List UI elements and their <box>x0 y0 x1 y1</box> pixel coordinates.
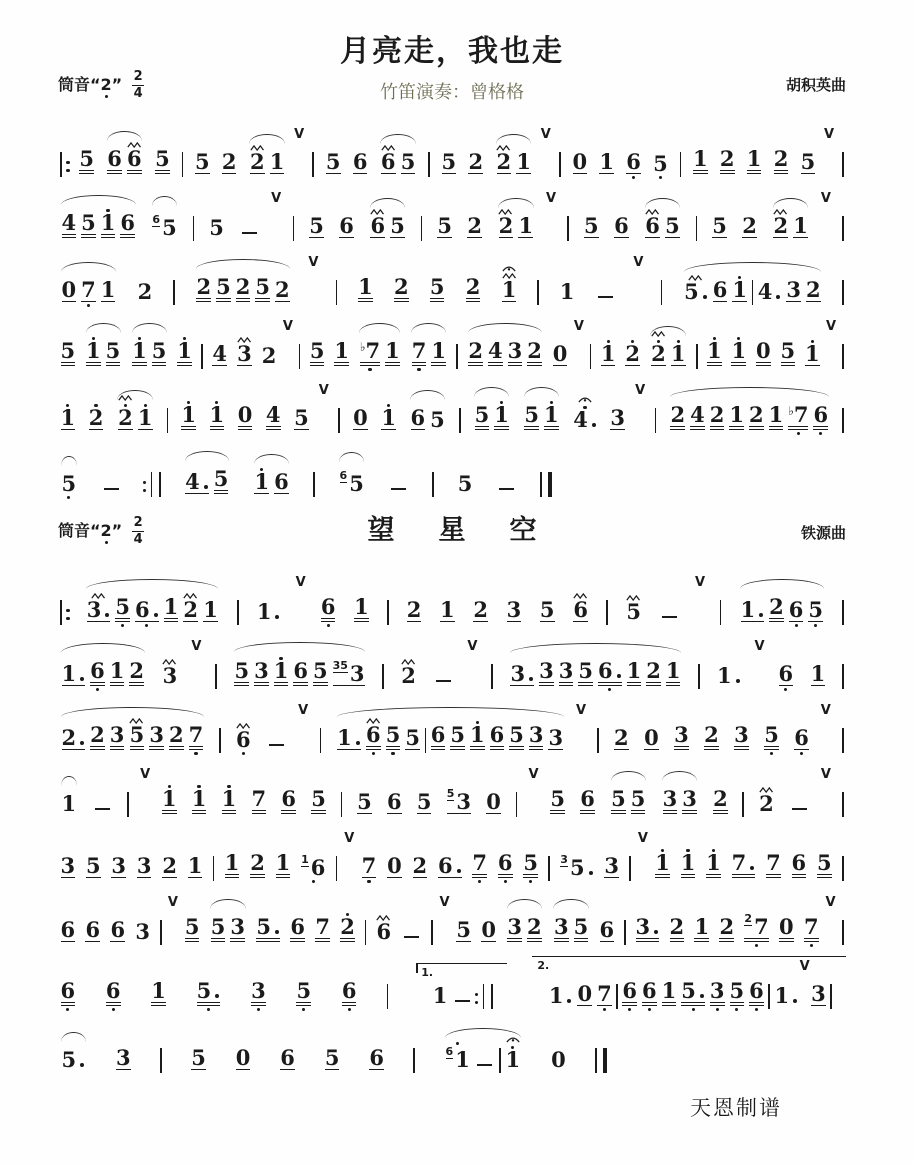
note: 4 <box>212 325 227 374</box>
note-digit: 3 <box>508 341 523 361</box>
slur: 21 <box>493 133 535 182</box>
music-line: 35332112116V7026765353V1117765 <box>58 822 846 886</box>
note-digit: 0 <box>553 344 568 364</box>
note-body: 2 <box>769 597 784 622</box>
note-low-dots <box>368 366 371 374</box>
note: 5 <box>79 130 94 182</box>
music-line: 1V111765565530V56553322V <box>58 758 846 822</box>
note-body: 5 <box>62 474 77 494</box>
barline <box>454 344 460 374</box>
barline-stroke <box>193 216 195 241</box>
note-low-dots <box>391 750 394 758</box>
duration-dash <box>436 680 451 682</box>
note-body: 2 <box>497 152 512 174</box>
barline-stroke <box>151 472 153 497</box>
note: 5 <box>430 258 445 310</box>
note: 0 <box>573 133 588 182</box>
note-digit: 1 <box>805 344 820 364</box>
low-octave-dot <box>302 1008 305 1011</box>
note-digit: 2 <box>742 216 757 236</box>
note: 2 <box>222 133 237 182</box>
note: 5 <box>808 581 823 630</box>
note-body: 1 <box>655 853 670 878</box>
slur: 25252 <box>193 258 293 310</box>
note-digit: 5 <box>450 725 465 745</box>
barline-stroke <box>387 600 389 625</box>
barline <box>426 152 432 182</box>
note: 2 <box>496 133 511 182</box>
note: 3 <box>510 645 534 694</box>
barline <box>213 664 219 694</box>
sheet-music-page: 月亮走，我也走 筒音“2” 2 4 竹笛演奏：曾格格 胡积英曲 56655221… <box>0 0 914 1164</box>
low-octave-dot <box>784 688 787 691</box>
note-digit: 2 <box>769 597 784 617</box>
note: 1 <box>337 709 361 758</box>
note-digit: 2 <box>625 344 640 364</box>
note: 2 <box>670 898 685 950</box>
note-low-dots <box>302 1006 305 1014</box>
note-body: 6 <box>106 981 121 1006</box>
note-digit: 5 <box>458 474 473 494</box>
note: 0 <box>553 325 568 374</box>
note: 5 <box>214 450 229 502</box>
note-body: 2 <box>169 725 184 750</box>
note-body: 1 <box>707 341 722 366</box>
note: 6 <box>366 706 381 758</box>
note-body: 6 <box>431 725 446 750</box>
barline <box>604 600 610 630</box>
note-digit: 3 <box>548 728 563 748</box>
note-body: 1 <box>805 344 820 366</box>
note: 5 <box>357 773 372 822</box>
note-digit: 1 <box>276 853 291 873</box>
note-digit: 6 <box>61 920 76 940</box>
note: 2 <box>394 258 409 310</box>
note-body: 1 <box>188 856 203 878</box>
note-body: 5 <box>313 661 328 686</box>
note-digit: 2 <box>806 280 821 300</box>
augmentation-dot <box>736 679 740 683</box>
note-body: 2 <box>118 408 133 430</box>
note-body: 1 <box>694 917 709 942</box>
note-body: 5 <box>115 597 130 622</box>
note-digit: 6 <box>573 600 588 620</box>
note-body: 6 <box>342 981 357 1006</box>
note-body: 61 <box>446 1046 470 1070</box>
low-octave-dot <box>368 368 371 371</box>
barline-stroke <box>456 344 458 369</box>
note: 1 <box>164 578 179 630</box>
breath-mark: V <box>826 320 836 333</box>
note-body: 7 <box>766 853 781 878</box>
music-line: 4516655V56655221V56655221V <box>58 182 846 246</box>
note-body: 6 <box>135 600 159 622</box>
note-digit: 5 <box>442 152 457 172</box>
note-body: 2 <box>129 661 144 686</box>
note-body: 5 <box>214 469 229 494</box>
note: 3 <box>507 898 522 950</box>
note: 6 <box>353 133 368 182</box>
note-digit: 5 <box>349 474 364 494</box>
barline-stroke <box>720 600 722 625</box>
note: 1 <box>188 837 203 886</box>
note-digit: 0 <box>62 280 77 300</box>
note-digit: 1 <box>354 597 369 617</box>
note: 5 <box>296 962 311 1014</box>
duration-dash <box>792 808 807 810</box>
note-body: 5 <box>311 789 326 814</box>
note-body: 6 <box>127 149 142 174</box>
note: 7 <box>472 834 487 886</box>
note-body: 1 <box>706 853 721 878</box>
note-digit: 7 <box>362 856 377 876</box>
note-digit: 5 <box>817 853 832 873</box>
note-body: 6 <box>61 920 76 942</box>
note-body: 1 <box>433 986 448 1006</box>
slur: 242121♭76 <box>667 386 832 438</box>
barline-stroke <box>215 664 217 689</box>
note-body: 2 <box>468 341 483 366</box>
note-low-dots <box>417 366 420 374</box>
barline-stroke <box>842 792 844 817</box>
note-body: 1 <box>518 216 533 238</box>
note-body: 6 <box>381 152 396 174</box>
repeat-dot <box>143 481 146 484</box>
barline-stroke <box>624 920 626 945</box>
barline-stroke <box>595 1048 597 1073</box>
music-line: 16123V531653532V333561211V61 <box>58 630 846 694</box>
note: 2 <box>468 133 483 182</box>
barline-stroke <box>313 472 315 497</box>
low-octave-dot <box>819 432 822 435</box>
low-octave-dot <box>96 688 99 691</box>
note-body: 4 <box>690 405 705 430</box>
note: 3 <box>786 261 801 310</box>
note-body: 2 <box>806 280 821 302</box>
note: 2 <box>759 775 774 822</box>
note-digit: 6 <box>431 725 446 745</box>
breath-mark: V <box>633 256 643 269</box>
note: 6 <box>789 581 804 630</box>
note-body: 2 <box>250 152 265 174</box>
low-octave-dot <box>814 624 817 627</box>
note-body: 3 <box>610 408 625 430</box>
note-body: 2 <box>468 152 483 174</box>
note: 6 <box>490 706 505 758</box>
note-digit: 1 <box>270 152 285 172</box>
slur: ♭71 <box>356 322 403 374</box>
breath-mark: V <box>755 640 765 653</box>
note-low-dots <box>819 430 822 438</box>
barline-stroke <box>842 920 844 945</box>
note-low-dots <box>207 1006 210 1014</box>
note-digit: 5 <box>665 216 680 236</box>
note-digit: 2 <box>89 408 104 428</box>
note-digit: 1 <box>101 213 116 233</box>
note-body: 2 <box>646 661 661 686</box>
duration-dash <box>455 1000 470 1002</box>
note-low-dots <box>755 1006 758 1014</box>
note: 1 <box>270 133 285 182</box>
note-body: 0 <box>644 728 659 750</box>
note: 1 <box>222 770 237 822</box>
note-body: 0 <box>353 408 368 430</box>
note: 5 <box>309 197 324 246</box>
note: 5 <box>155 130 170 182</box>
note-body: 1 <box>110 661 125 686</box>
music-line: 3561211V612123565V1265 <box>58 566 846 630</box>
note-digit: 7 <box>81 280 96 300</box>
note-body: 3 <box>230 917 245 942</box>
note-digit: 7 <box>315 917 330 937</box>
note-low-dots <box>121 622 124 630</box>
note-body: 5 <box>405 728 420 750</box>
low-octave-dot <box>417 368 420 371</box>
barline-stroke <box>655 408 657 433</box>
note-digit: 5 <box>191 1048 206 1068</box>
note-digit: 5 <box>401 152 416 172</box>
note-digit: 1 <box>151 981 166 1001</box>
note-digit: 1 <box>62 664 77 684</box>
note-body: 0 <box>779 917 794 942</box>
note: 1 <box>132 322 147 374</box>
note-body: 6 <box>792 853 807 878</box>
augmentation-dot <box>700 994 704 998</box>
note-body: 6 <box>61 981 76 1006</box>
note-body: 4 <box>488 341 503 366</box>
slur: 4516 <box>58 194 139 246</box>
note-low-dots <box>67 494 70 502</box>
note: 5 <box>129 706 144 758</box>
low-octave-dot <box>478 880 481 883</box>
note: 4 <box>62 194 77 246</box>
note: 4 <box>488 322 503 374</box>
augmentation-dot <box>592 423 596 427</box>
note: 5 <box>523 834 538 886</box>
note-digit: 6 <box>321 597 336 617</box>
note-body: 5 <box>209 218 224 238</box>
breath-mark: V <box>191 640 201 653</box>
note-digit: 1 <box>655 853 670 873</box>
barline-stroke <box>516 792 518 817</box>
note-digit: 5 <box>801 152 816 172</box>
note: 2 <box>498 197 513 246</box>
barline <box>840 664 846 694</box>
note: 1 <box>354 578 369 630</box>
note: 3 <box>811 965 826 1014</box>
note-low-dots <box>478 878 481 886</box>
note: 1 <box>494 386 509 438</box>
note-digit: 2 <box>527 917 542 937</box>
note: 6 <box>749 962 764 1014</box>
note-body: 3 <box>507 917 522 942</box>
barline-stroke <box>842 856 844 881</box>
slur: 45 <box>182 450 232 502</box>
note: 5 <box>550 770 565 822</box>
barline-stroke <box>387 984 389 1009</box>
barline-stroke <box>842 280 844 305</box>
barline-stroke <box>173 280 175 305</box>
note-digit: 1 <box>177 341 192 361</box>
note: 2 <box>704 706 719 758</box>
note-digit: 5 <box>523 853 538 873</box>
note-body: 2 <box>720 149 735 174</box>
barline <box>291 216 297 246</box>
note-body: 1 <box>769 405 784 430</box>
note-low-dots <box>648 1006 651 1014</box>
note-digit: 6 <box>438 856 453 876</box>
note: 5 <box>626 583 641 630</box>
note-body: 1 <box>61 408 76 430</box>
note-body: 2 <box>407 600 422 622</box>
note: 1 <box>729 386 744 438</box>
barline-stroke <box>127 792 129 817</box>
note-digit: 2 <box>468 341 483 361</box>
note-digit: 5 <box>390 216 405 236</box>
note-digit: 7 <box>412 341 427 361</box>
note-body: 3 <box>251 981 266 1006</box>
note: 0 <box>577 965 592 1014</box>
note: 5 <box>665 197 680 246</box>
note: 0 <box>387 837 402 886</box>
note: 4 <box>266 386 281 438</box>
note-digit: 2 <box>162 856 177 876</box>
note-body: 5 <box>61 341 76 366</box>
note: 1 <box>560 263 575 310</box>
barline-stroke <box>167 408 169 433</box>
note-body: 1 <box>210 405 225 430</box>
barline <box>385 984 391 1014</box>
note: 2 <box>625 325 640 374</box>
note-body: 1 <box>203 600 218 622</box>
note-body: 1 <box>162 789 177 814</box>
note: 5 <box>310 322 325 374</box>
note-body: 6 <box>645 216 660 238</box>
note: 1 <box>151 962 166 1014</box>
note-digit: 7 <box>189 725 204 745</box>
note-digit: 1 <box>132 341 147 361</box>
note: 5 <box>712 197 727 246</box>
note-body: 1 <box>177 341 192 366</box>
note-digit: 3 <box>510 664 525 684</box>
note-body: 1 <box>516 152 531 174</box>
note-body: 0 <box>486 792 501 814</box>
note: 5 <box>62 1031 86 1078</box>
note: 1 <box>732 261 747 310</box>
breath-mark: V <box>296 576 306 589</box>
note: 2 <box>138 263 153 310</box>
note: 1 <box>774 967 798 1014</box>
note: 5 <box>524 386 539 438</box>
note-digit: 1 <box>732 280 747 300</box>
note-low-dots <box>659 174 662 182</box>
barline-stroke <box>842 728 844 753</box>
note-body: 5 <box>296 981 311 1006</box>
note: 2 <box>90 706 105 758</box>
note: 2 <box>773 197 788 246</box>
note-digit: 5 <box>216 277 231 297</box>
note-body: 6 <box>110 920 125 942</box>
note: 2 <box>401 647 416 694</box>
note: 5 <box>390 197 405 246</box>
note: 5 <box>405 709 420 758</box>
note-digit: 2 <box>90 725 105 745</box>
note-digit: 2 <box>749 405 764 425</box>
note-digit: 6 <box>614 216 629 236</box>
note-body: 1 <box>222 789 237 814</box>
note-body: 3 <box>137 856 152 878</box>
note: 35 <box>560 835 593 886</box>
note: 1 <box>110 642 125 694</box>
note: 2 <box>710 386 725 438</box>
note-body: 3 <box>734 725 749 750</box>
note-digit: 5 <box>214 469 229 489</box>
note-low-dots <box>112 1006 115 1014</box>
slur: 55 <box>608 770 649 822</box>
note-low-dots <box>504 878 507 886</box>
note: 5 <box>442 133 457 182</box>
grace-note: 6 <box>152 214 160 227</box>
note-body: 1 <box>627 661 642 686</box>
note-low-dots <box>603 1006 606 1014</box>
note-body: ♭7 <box>360 341 380 366</box>
note: 5 <box>781 322 796 374</box>
note-digit: 6 <box>120 213 135 233</box>
note: 6 <box>339 197 354 246</box>
note-body: 5 <box>817 853 832 878</box>
note-digit: 5 <box>106 341 121 361</box>
note-digit: 6 <box>779 664 794 684</box>
fermata-icon <box>578 395 592 403</box>
note-digit: 5 <box>130 725 145 745</box>
note-digit: 6 <box>411 408 426 428</box>
barline <box>653 408 659 438</box>
note-body: 5 <box>417 792 432 814</box>
note-body: 2 <box>467 216 482 238</box>
piece1-header: 筒音“2” 2 4 竹笛演奏：曾格格 胡积英曲 <box>58 72 846 112</box>
low-octave-dot <box>66 1008 69 1011</box>
note-body: 5 <box>325 1048 340 1070</box>
slur: 33 <box>659 770 700 822</box>
note-body: 5 <box>326 152 341 174</box>
note: 1 <box>544 386 559 438</box>
note-digit: 1 <box>506 1050 521 1070</box>
note-body: 5 <box>509 725 524 750</box>
note-digit: 2 <box>275 280 290 300</box>
barline <box>840 600 846 630</box>
note: 5 <box>684 263 708 310</box>
slur: 071 <box>58 261 119 310</box>
augmentation-dot <box>105 613 109 617</box>
note: 3 <box>663 770 678 822</box>
note-body: 2 <box>713 789 728 814</box>
note-body: 2 <box>719 917 734 942</box>
note: 2 <box>713 770 728 822</box>
note-digit: 6 <box>598 661 613 681</box>
note: 1 <box>86 322 101 374</box>
music-line: 6615356110766153561V3 <box>58 950 846 1014</box>
note-body: 2 <box>742 216 757 238</box>
note-digit: 1 <box>627 661 642 681</box>
note-digit: 6 <box>794 728 809 748</box>
breath-mark: V <box>308 256 318 269</box>
note-body: 1 <box>717 666 741 686</box>
barline <box>423 728 429 758</box>
note-digit: 5 <box>255 277 270 297</box>
note-body: 6 <box>376 922 391 942</box>
barline-stroke <box>237 600 239 625</box>
note-digit: 1 <box>681 853 696 873</box>
